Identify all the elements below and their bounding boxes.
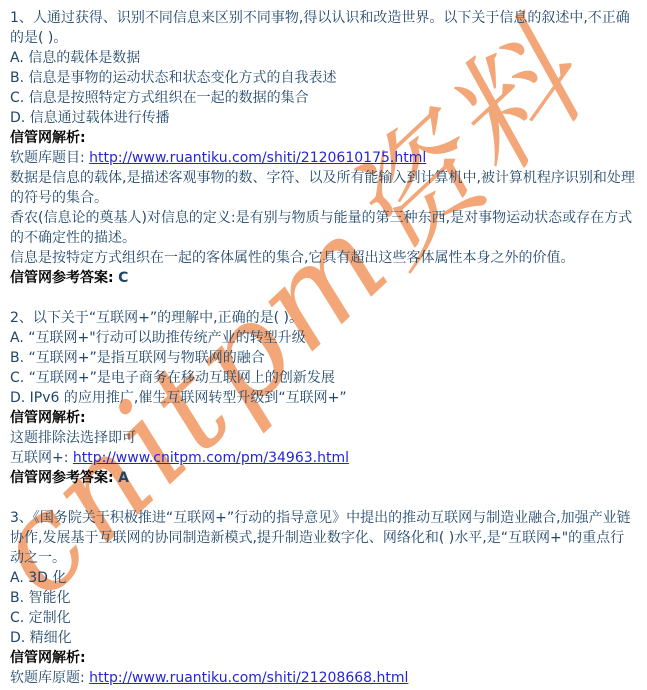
analysis-link[interactable]: http://www.cnitpm.com/pm/34963.html [73,450,349,466]
analysis-label: 信管网解析: [10,128,637,148]
option-line: C. “互联网+”是电子商务在移动互联网上的创新发展 [10,368,637,388]
analysis-link[interactable]: http://www.ruantiku.com/shiti/21208668.h… [89,670,408,686]
option-line: A. 3D 化 [10,568,637,588]
option-line: B. 信息是事物的运动状态和状态变化方式的自我表述 [10,68,637,88]
option-line: D. 精细化 [10,628,637,648]
answer-label: 信管网参考答案: [10,270,114,286]
document-body: 1、人通过获得、识别不同信息来区别不同事物,得以认识和改造世界。以下关于信息的叙… [0,0,647,688]
answer-line: 信管网参考答案: A [10,468,637,488]
analysis-text: 数据是信息的载体,是描述客观事物的数、字符、以及所有能输入到计算机中,被计算机程… [10,168,637,208]
question-block: 2、以下关于“互联网+”的理解中,正确的是( )。A. “互联网+"行动可以助推… [10,308,637,488]
analysis-text: 信息是按特定方式组织在一起的客体属性的集合,它具有超出这些客体属性本身之外的价值… [10,248,637,268]
link-prefix: 软题库题目: [10,150,85,166]
link-prefix: 软题库原题: [10,670,85,686]
question-stem: 3、《国务院关于积极推进“互联网+”行动的指导意见》中提出的推动互联网与制造业融… [10,508,637,568]
option-line: D. 信息通过载体进行传播 [10,108,637,128]
option-line: D. IPv6 的应用推广,催生互联网转型升级到“互联网+” [10,388,637,408]
option-line: B. “互联网+”是指互联网与物联网的融合 [10,348,637,368]
answer-value: A [118,470,129,486]
analysis-text: 这题排除法选择即可 [10,428,637,448]
option-line: C. 定制化 [10,608,637,628]
answer-value: C [118,270,128,286]
analysis-label: 信管网解析: [10,648,637,668]
option-line: B. 智能化 [10,588,637,608]
analysis-text: 香农(信息论的奠基人)对信息的定义:是有别与物质与能量的第三种东西,是对事物运动… [10,208,637,248]
question-block: 1、人通过获得、识别不同信息来区别不同事物,得以认识和改造世界。以下关于信息的叙… [10,8,637,288]
analysis-link-line: 软题库题目: http://www.ruantiku.com/shiti/212… [10,148,637,168]
question-stem: 1、人通过获得、识别不同信息来区别不同事物,得以认识和改造世界。以下关于信息的叙… [10,8,637,48]
answer-label: 信管网参考答案: [10,470,114,486]
option-line: A. 信息的载体是数据 [10,48,637,68]
analysis-link[interactable]: http://www.ruantiku.com/shiti/2120610175… [89,150,426,166]
option-line: A. “互联网+"行动可以助推传统产业的转型升级 [10,328,637,348]
answer-line: 信管网参考答案: C [10,268,637,288]
question-block: 3、《国务院关于积极推进“互联网+”行动的指导意见》中提出的推动互联网与制造业融… [10,508,637,688]
option-line: C. 信息是按照特定方式组织在一起的数据的集合 [10,88,637,108]
analysis-label: 信管网解析: [10,408,637,428]
analysis-link-line: 软题库原题: http://www.ruantiku.com/shiti/212… [10,668,637,688]
question-stem: 2、以下关于“互联网+”的理解中,正确的是( )。 [10,308,637,328]
analysis-link-line: 互联网+: http://www.cnitpm.com/pm/34963.htm… [10,448,637,468]
link-prefix: 互联网+: [10,450,68,466]
document-page: cnitpm资料 1、人通过获得、识别不同信息来区别不同事物,得以认识和改造世界… [0,0,647,690]
